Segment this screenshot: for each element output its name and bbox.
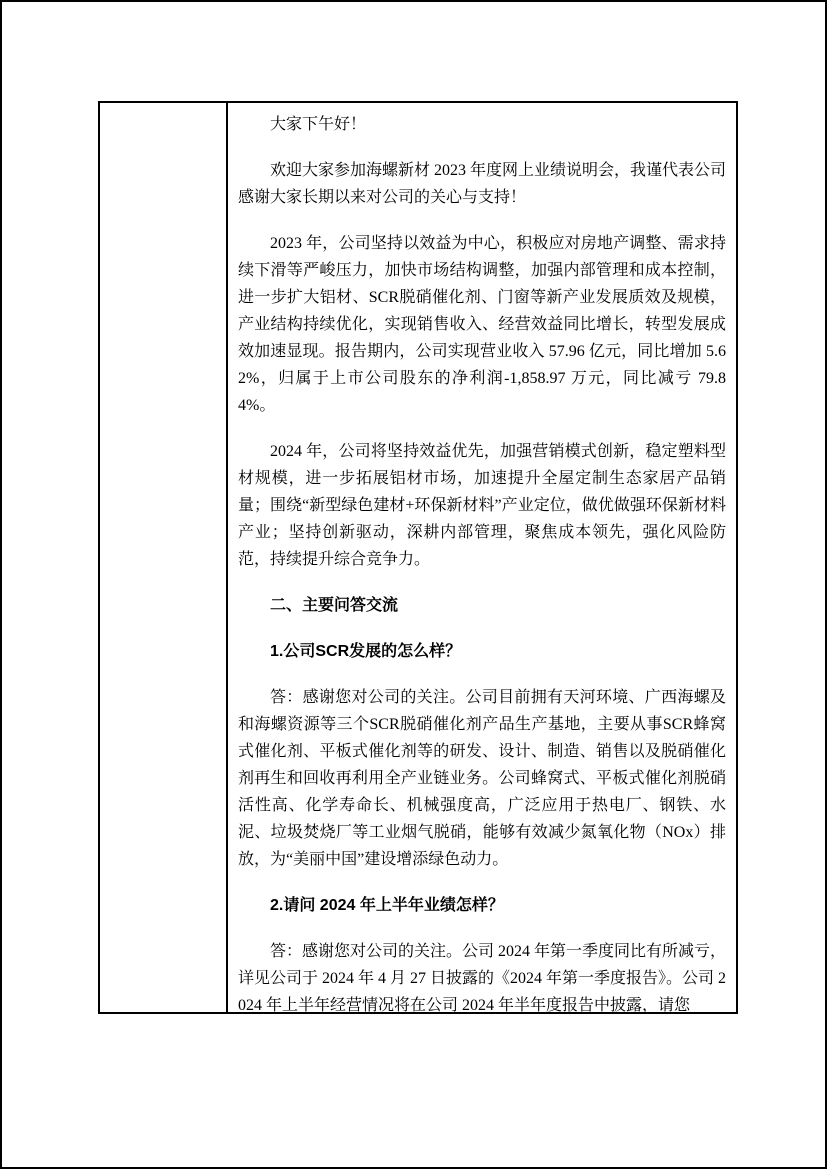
- paragraph: 2024 年，公司将坚持效益优先，加强营销模式创新，稳定塑料型材规模，进一步拓展…: [238, 438, 726, 573]
- paragraph: 欢迎大家参加海螺新材 2023 年度网上业绩说明会，我谨代表公司感谢大家长期以来…: [238, 157, 726, 211]
- document-page: 大家下午好！欢迎大家参加海螺新材 2023 年度网上业绩说明会，我谨代表公司感谢…: [0, 0, 827, 1169]
- table-empty-label-cell: [100, 103, 228, 1012]
- section-heading: 二、主要问答交流: [238, 592, 726, 619]
- paragraph: 大家下午好！: [238, 111, 726, 138]
- paragraph: 2023 年，公司坚持以效益为中心，积极应对房地产调整、需求持续下滑等严峻压力，…: [238, 230, 726, 419]
- paragraph: 答：感谢您对公司的关注。公司目前拥有天河环境、广西海螺及和海螺资源等三个SCR脱…: [238, 684, 726, 873]
- section-heading: 2.请问 2024 年上半年业绩怎样？: [238, 892, 726, 919]
- section-heading: 1.公司SCR发展的怎么样？: [238, 638, 726, 665]
- document-table: 大家下午好！欢迎大家参加海螺新材 2023 年度网上业绩说明会，我谨代表公司感谢…: [98, 101, 738, 1014]
- paragraph: 答：感谢您对公司的关注。公司 2024 年第一季度同比有所减亏，详见公司于 20…: [238, 938, 726, 1012]
- content-cell: 大家下午好！欢迎大家参加海螺新材 2023 年度网上业绩说明会，我谨代表公司感谢…: [228, 103, 736, 1012]
